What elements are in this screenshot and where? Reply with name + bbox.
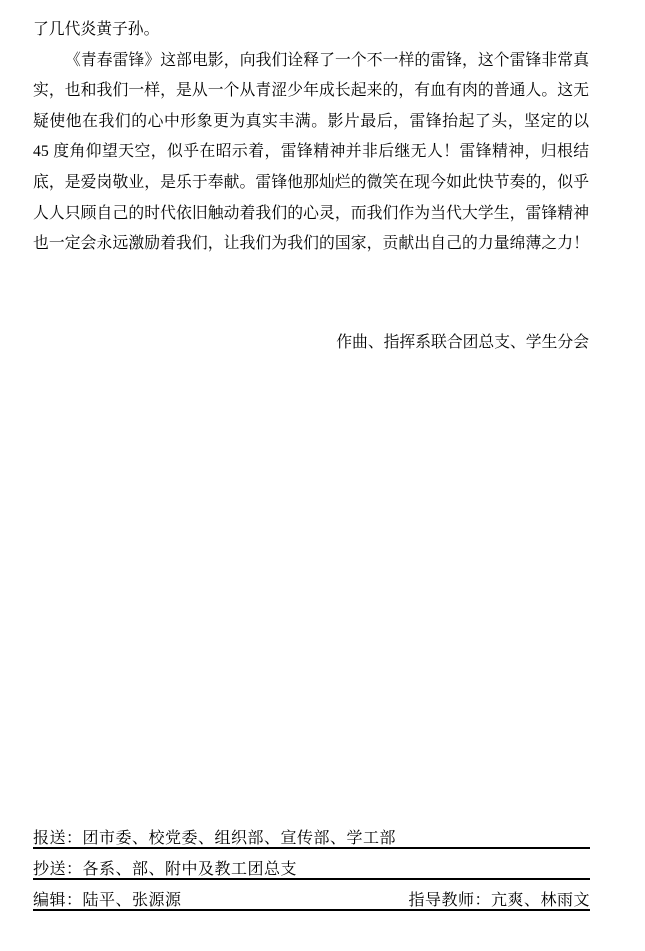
paragraph-end-line: 了几代炎黄子孙。 [33, 15, 589, 46]
chaosong-text: 抄送：各系、部、附中及教工团总支 [33, 861, 297, 878]
signature-line: 作曲、指挥系联合团总支、学生分会 [33, 328, 589, 359]
paragraph-line: 底，是爱岗敬业，是乐于奉献。雷锋他那灿烂的微笑在现今如此快节奏的，似乎 [33, 168, 589, 199]
paragraph-line: 人人只顾自己的时代依旧触动着我们的心灵，而我们作为当代大学生，雷锋精神 [33, 199, 589, 230]
document-page: 了几代炎黄子孙。 《青春雷锋》这部电影，向我们诠释了一个不一样的雷锋，这个雷锋非… [0, 0, 645, 951]
paragraph-line: 45 度角仰望天空，似乎在昭示着，雷锋精神并非后继无人！雷锋精神，归根结 [33, 137, 589, 168]
baosong-text: 报送：团市委、校党委、组织部、宣传部、学工部 [33, 830, 396, 847]
body-text-block: 了几代炎黄子孙。 《青春雷锋》这部电影，向我们诠释了一个不一样的雷锋，这个雷锋非… [33, 15, 589, 260]
footer-row-chaosong: 抄送：各系、部、附中及教工团总支 [33, 849, 590, 880]
footer-row-baosong: 报送：团市委、校党委、组织部、宣传部、学工部 [33, 818, 590, 849]
editor-text: 编辑：陆平、张源源 [33, 892, 182, 909]
footer-block: 报送：团市委、校党委、组织部、宣传部、学工部 抄送：各系、部、附中及教工团总支 … [33, 818, 590, 911]
paragraph-line: 《青春雷锋》这部电影，向我们诠释了一个不一样的雷锋，这个雷锋非常真 [33, 46, 589, 77]
paragraph-line: 实，也和我们一样，是从一个从青涩少年成长起来的，有血有肉的普通人。这无 [33, 76, 589, 107]
footer-row-editor: 编辑：陆平、张源源 指导教师：亢爽、林雨文 [33, 880, 590, 911]
advisor-text: 指导教师：亢爽、林雨文 [408, 892, 590, 909]
paragraph-line: 也一定会永远激励着我们，让我们为我们的国家，贡献出自己的力量绵薄之力！ [33, 229, 589, 260]
paragraph-line: 疑使他在我们的心中形象更为真实丰满。影片最后，雷锋抬起了头，坚定的以 [33, 107, 589, 138]
